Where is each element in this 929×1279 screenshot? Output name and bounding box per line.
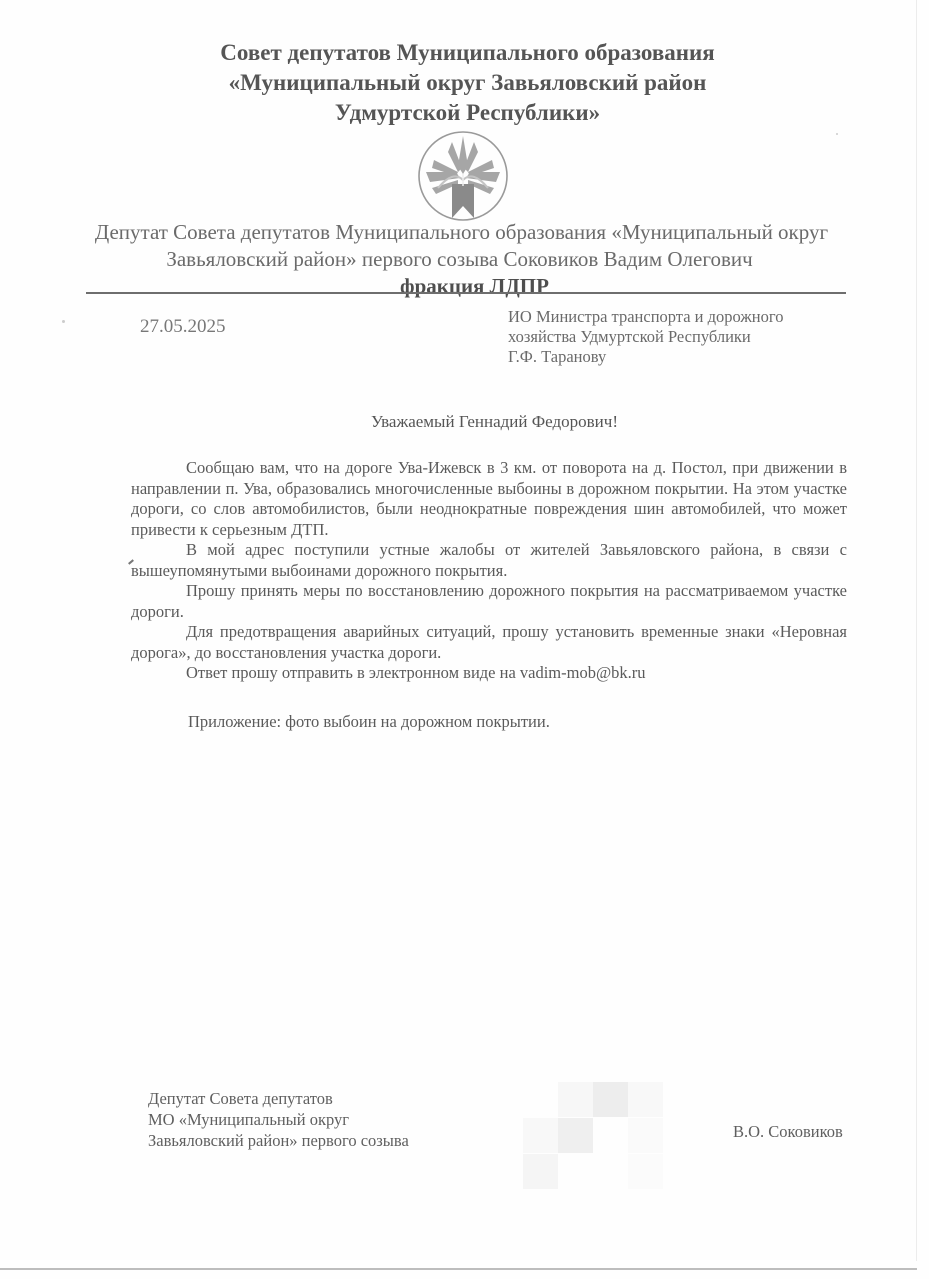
signer-position-line-1: Депутат Совета депутатов	[148, 1088, 409, 1109]
page-edge-bottom	[0, 1268, 917, 1270]
org-header-line-1: Совет депутатов Муниципального образован…	[6, 38, 929, 68]
salutation: Уважаемый Геннадий Федорович!	[30, 412, 929, 432]
deputy-header: Депутат Совета депутатов Муниципального …	[0, 219, 929, 300]
deputy-header-line-1: Депутат Совета депутатов Муниципального …	[0, 219, 929, 246]
signer-position-line-2: МО «Муниципальный округ	[148, 1109, 409, 1130]
body-paragraph: Сообщаю вам, что на дороге Ува-Ижевск в …	[131, 458, 847, 540]
signer-position-line-3: Завьяловский район» первого созыва	[148, 1130, 409, 1151]
header-divider	[86, 292, 846, 294]
attachment-note: Приложение: фото выбоин на дорожном покр…	[188, 712, 550, 732]
scan-speck	[836, 133, 838, 135]
page-edge-right	[916, 0, 917, 1261]
addressee-line-2: хозяйства Удмуртской Республики	[508, 327, 783, 347]
letter-date: 27.05.2025	[140, 316, 226, 338]
body-paragraph: Для предотвращения аварийных ситуаций, п…	[131, 622, 847, 663]
org-header-line-2: «Муниципальный округ Завьяловский район	[6, 68, 929, 98]
addressee-block: ИО Министра транспорта и дорожного хозяй…	[508, 307, 783, 367]
org-header-line-3: Удмуртской Республики»	[6, 98, 929, 128]
signer-position: Депутат Совета депутатов МО «Муниципальн…	[148, 1088, 409, 1151]
organization-header: Совет депутатов Муниципального образован…	[0, 38, 929, 128]
body-paragraph: В мой адрес поступили устные жалобы от ж…	[131, 540, 847, 581]
letter-body: Сообщаю вам, что на дороге Ува-Ижевск в …	[131, 458, 847, 684]
coat-of-arms-emblem-icon	[408, 128, 518, 228]
redacted-signature	[523, 1082, 673, 1190]
faction-label: фракция ЛДПР	[20, 273, 929, 300]
signer-name: В.О. Соковиков	[733, 1122, 843, 1142]
addressee-line-1: ИО Министра транспорта и дорожного	[508, 307, 783, 327]
body-paragraph-email: Ответ прошу отправить в электронном виде…	[131, 663, 847, 684]
addressee-line-3: Г.Ф. Таранову	[508, 347, 783, 367]
scanned-letter-page: Совет депутатов Муниципального образован…	[0, 0, 929, 1279]
scan-speck	[62, 320, 65, 323]
deputy-header-line-2: Завьяловский район» первого созыва Соков…	[0, 246, 929, 273]
body-paragraph: Прошу принять меры по восстановлению дор…	[131, 581, 847, 622]
